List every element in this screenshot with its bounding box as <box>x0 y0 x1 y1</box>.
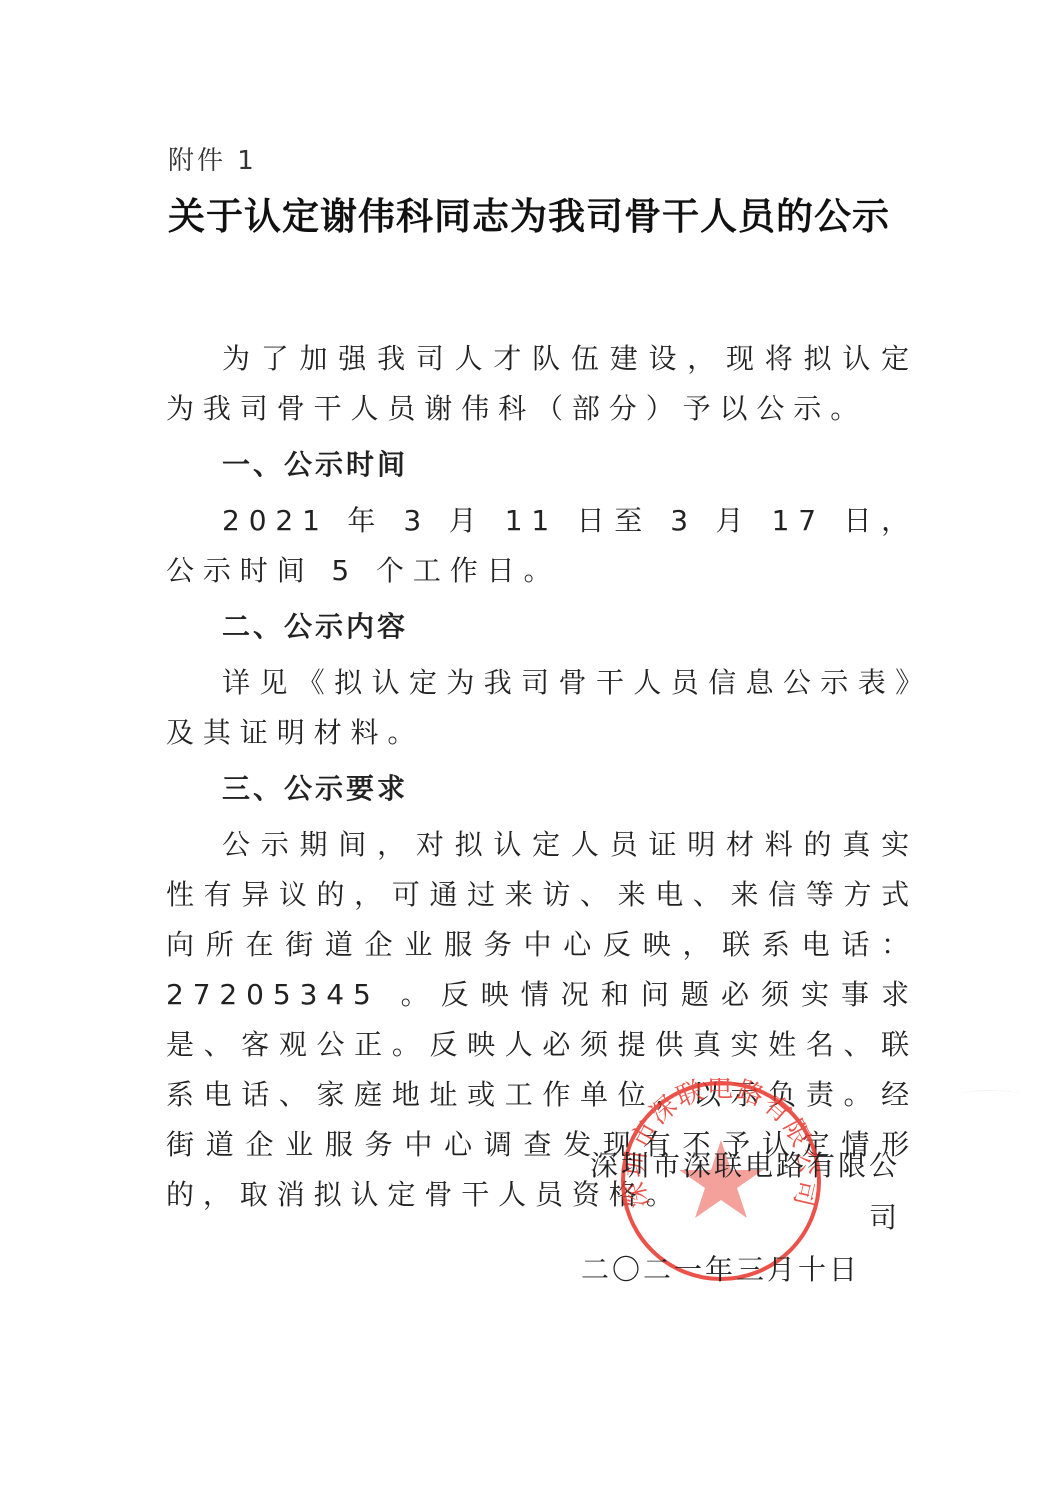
section-heading-requirements: 三、公示要求 <box>166 764 918 814</box>
attachment-label: 附件 1 <box>168 140 257 177</box>
scan-artifact <box>960 1090 1020 1099</box>
signature-date: 二〇二一年三月十日 <box>580 1244 900 1296</box>
document-title: 关于认定谢伟科同志为我司骨干人员的公示 <box>168 186 948 240</box>
document-body: 为了加强我司人才队伍建设，现将拟认定为我司骨干人员谢伟科（部分）予以公示。 一、… <box>166 334 918 1220</box>
document-page: 附件 1 关于认定谢伟科同志为我司骨干人员的公示 为了加强我司人才队伍建设，现将… <box>0 0 1060 1500</box>
signature-organization: 深圳市深联电路有限公司 <box>580 1140 900 1244</box>
time-paragraph: 2021 年 3 月 11 日至 3 月 17 日，公示时间 5 个工作日。 <box>166 496 918 596</box>
content-paragraph: 详见《拟认定为我司骨干人员信息公示表》及其证明材料。 <box>166 658 918 758</box>
signature-block: 深圳市深联电路有限公司 二〇二一年三月十日 <box>580 1140 900 1296</box>
intro-paragraph: 为了加强我司人才队伍建设，现将拟认定为我司骨干人员谢伟科（部分）予以公示。 <box>166 334 918 434</box>
section-heading-time: 一、公示时间 <box>166 440 918 490</box>
section-heading-content: 二、公示内容 <box>166 602 918 652</box>
